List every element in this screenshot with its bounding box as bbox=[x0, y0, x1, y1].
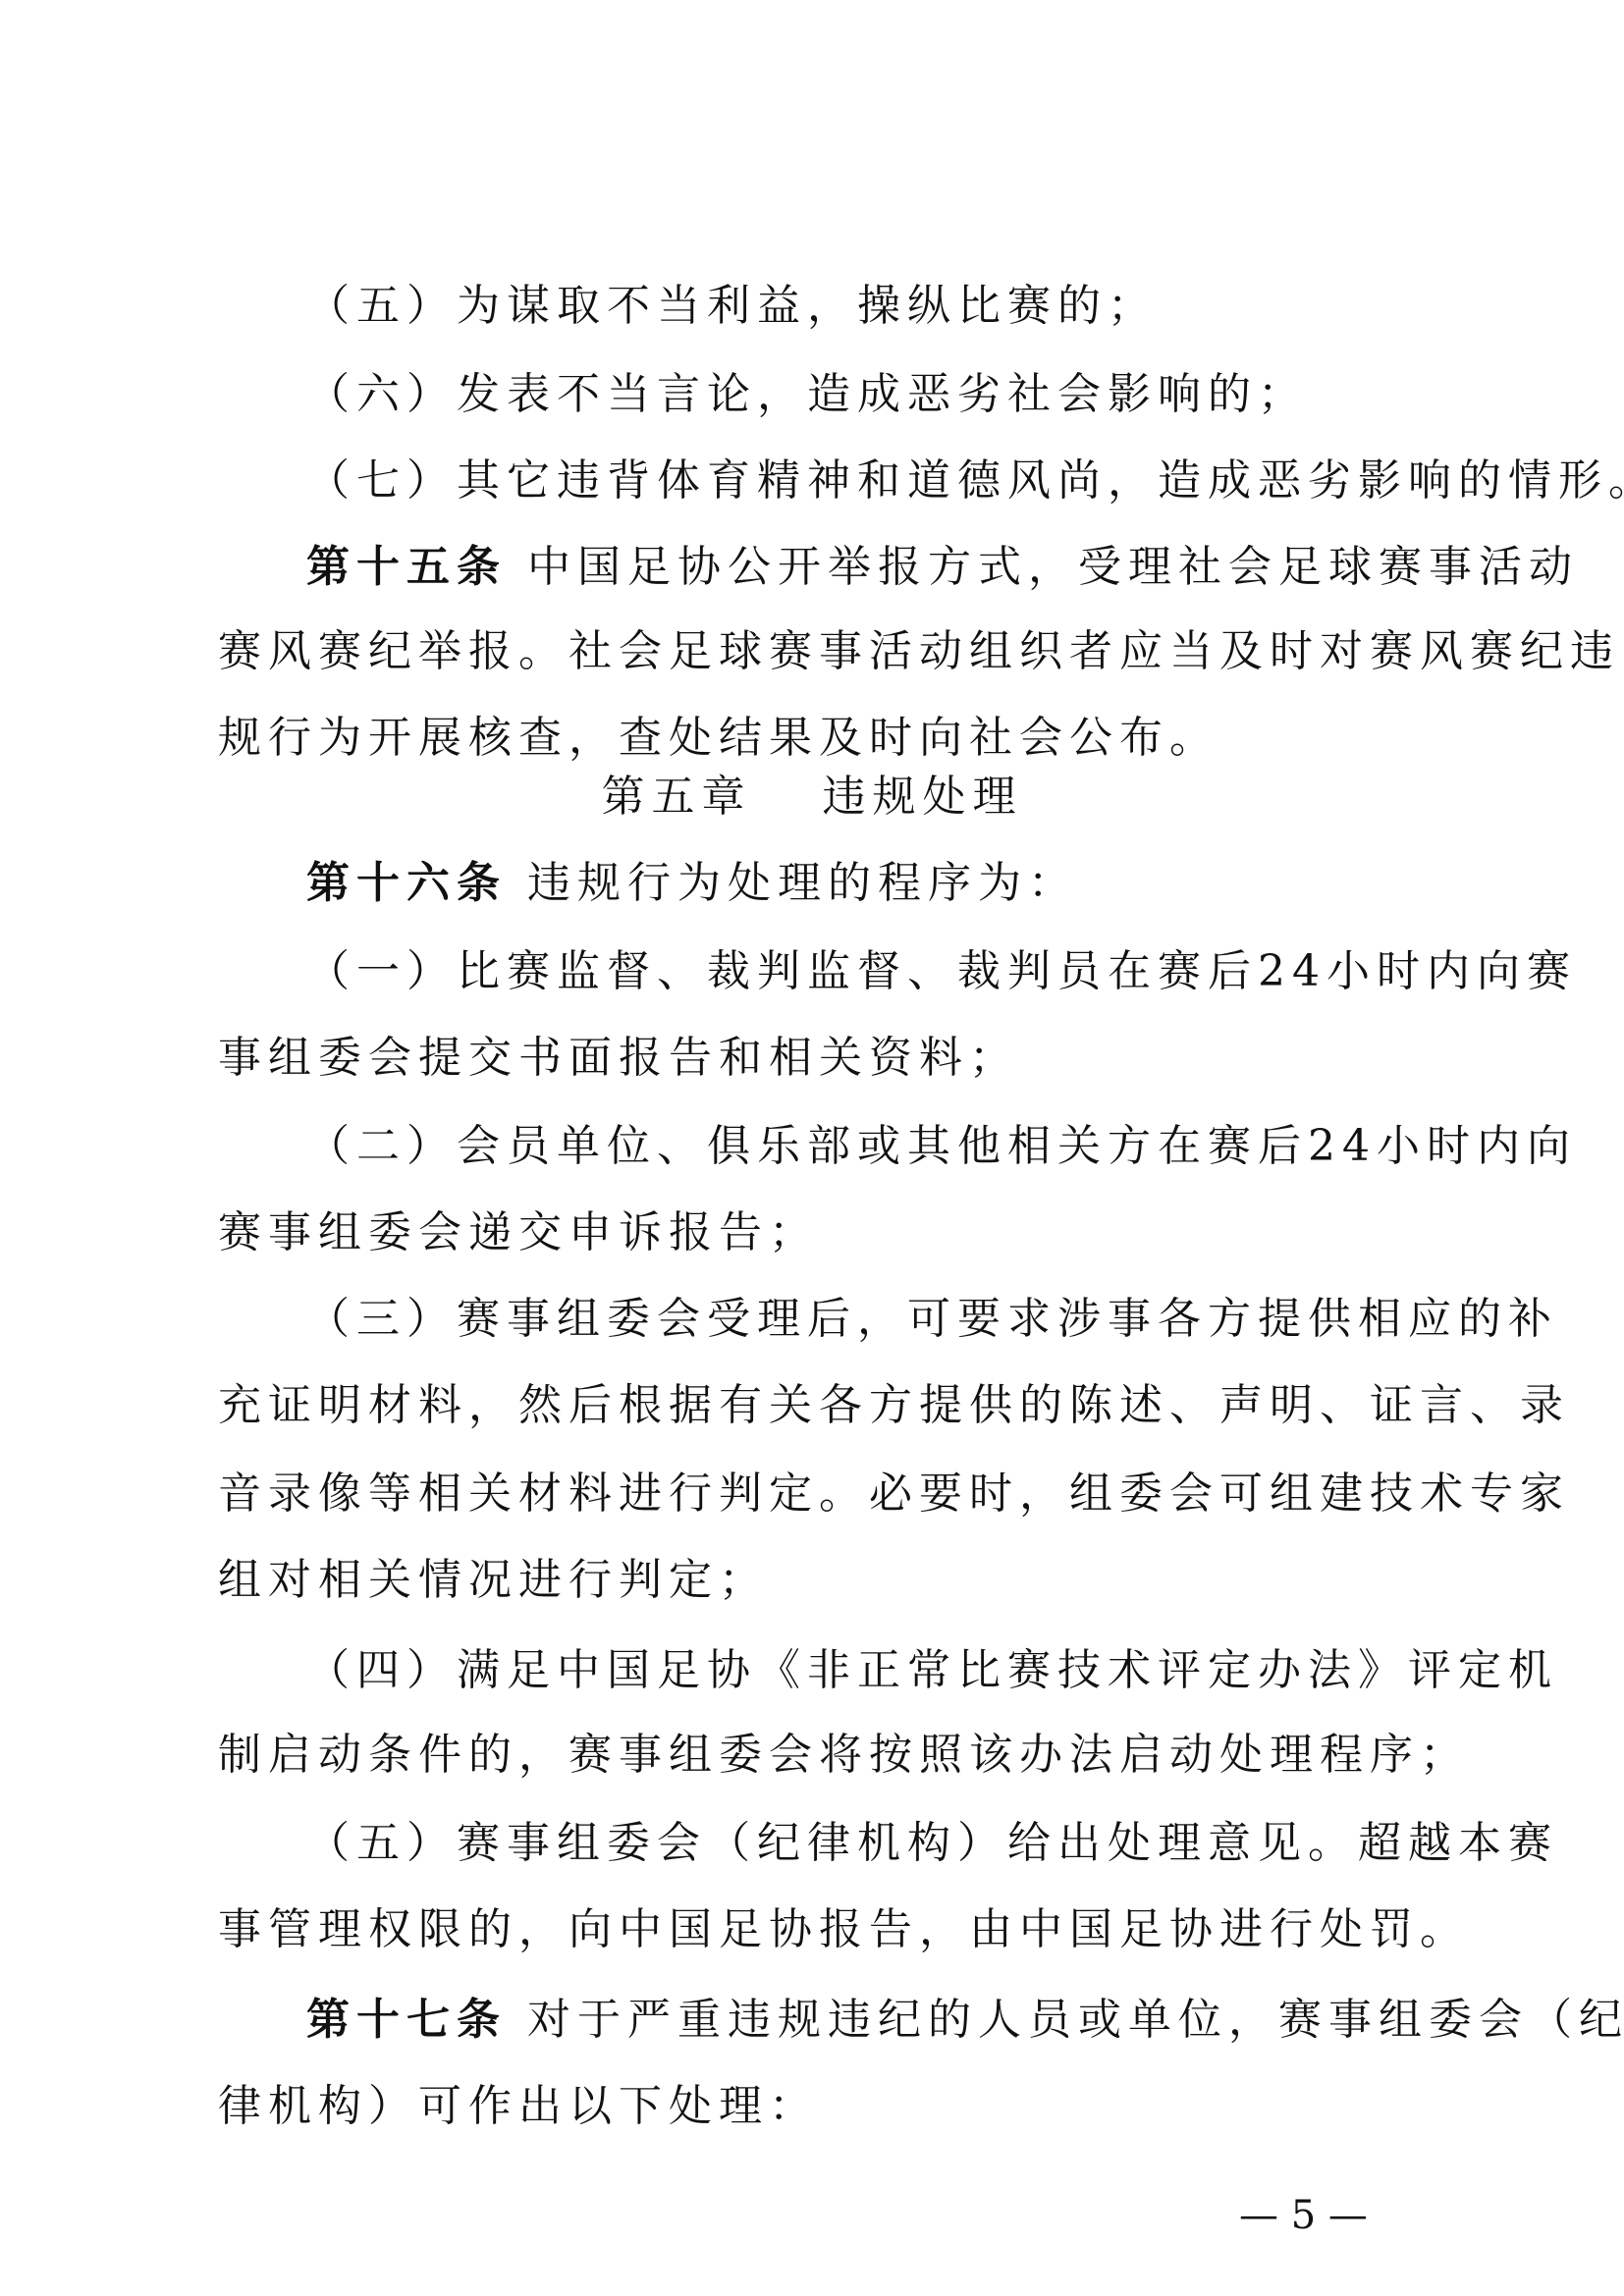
item-four-line-2: 制启动条件的，赛事组委会将按照该办法启动处理程序； bbox=[218, 1728, 1470, 1783]
item-three-line-3: 音录像等相关材料进行判定。必要时，组委会可组建技术专家 bbox=[218, 1467, 1570, 1522]
item-seven-other: （七）其它违背体育精神和道德风尚，造成恶劣影响的情形。 bbox=[306, 454, 1624, 508]
item-six-remarks: （六）发表不当言论，造成恶劣社会影响的； bbox=[306, 367, 1308, 422]
item-three-line-1: （三）赛事组委会受理后，可要求涉事各方提供相应的补 bbox=[306, 1292, 1558, 1347]
article-15-line-1: 第十五条 中国足协公开举报方式，受理社会足球赛事活动 bbox=[306, 540, 1579, 595]
article-17-text: 对于严重违规违纪的人员或单位，赛事组委会（纪 bbox=[507, 1995, 1624, 2045]
item-two-line-1: （二）会员单位、俱乐部或其他相关方在赛后24小时内向 bbox=[306, 1119, 1577, 1174]
article-15-line-2: 赛风赛纪举报。社会足球赛事活动组织者应当及时对赛风赛纪违 bbox=[218, 624, 1620, 679]
page-number: — 5 — bbox=[1239, 2191, 1368, 2240]
item-one-line-1: （一）比赛监督、裁判监督、裁判员在赛后24小时内向赛 bbox=[306, 944, 1577, 999]
item-five-manipulation: （五）为谋取不当利益，操纵比赛的； bbox=[306, 279, 1158, 334]
item-five-line-1: （五）赛事组委会（纪律机构）给出处理意见。超越本赛 bbox=[306, 1816, 1558, 1871]
item-five-line-2: 事管理权限的，向中国足协报告，由中国足协进行处罚。 bbox=[218, 1902, 1470, 1957]
item-one-line-2: 事组委会提交书面报告和相关资料； bbox=[218, 1031, 1019, 1086]
article-15-heading: 第十五条 bbox=[306, 542, 507, 592]
article-15-line-3: 规行为开展核查，查处结果及时向社会公布。 bbox=[218, 711, 1219, 766]
article-17-line-1: 第十七条 对于严重违规违纪的人员或单位，赛事组委会（纪 bbox=[306, 1993, 1624, 2048]
item-three-line-2: 充证明材料，然后根据有关各方提供的陈述、声明、证言、录 bbox=[218, 1378, 1570, 1433]
chapter-title: 第五章 违规处理 bbox=[0, 770, 1624, 825]
item-four-line-1: （四）满足中国足协《非正常比赛技术评定办法》评定机 bbox=[306, 1643, 1558, 1698]
article-16-text: 违规行为处理的程序为： bbox=[507, 858, 1078, 908]
article-17-line-2: 律机构）可作出以下处理： bbox=[218, 2079, 819, 2134]
article-16-heading: 第十六条 bbox=[306, 858, 507, 908]
article-17-heading: 第十七条 bbox=[306, 1995, 507, 2045]
article-15-text: 中国足协公开举报方式，受理社会足球赛事活动 bbox=[507, 542, 1579, 592]
item-two-line-2: 赛事组委会递交申诉报告； bbox=[218, 1205, 819, 1260]
article-16-line-1: 第十六条 违规行为处理的程序为： bbox=[306, 856, 1078, 911]
item-three-line-4: 组对相关情况进行判定； bbox=[218, 1553, 769, 1608]
